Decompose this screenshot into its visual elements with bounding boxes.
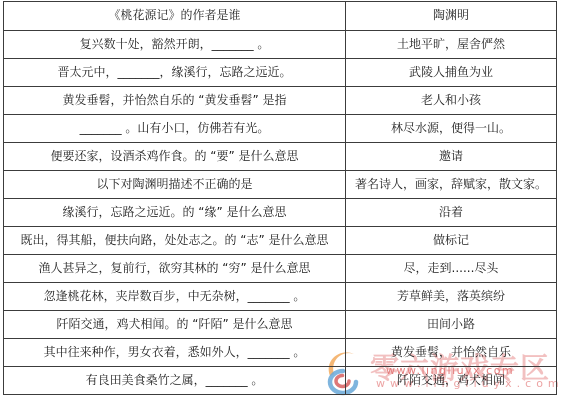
question-cell: 缘溪行，忘路之远近。的 “缘” 是什么意思 [4, 199, 346, 226]
table-row: _______ 。山有小口，仿佛若有光。林尽水源，便得一山。 [4, 114, 556, 142]
question-cell: 《桃花源记》的作者是谁 [4, 2, 346, 30]
answer-cell: 邀请 [346, 143, 556, 170]
table-row: 阡陌交通，鸡犬相闻。的 “阡陌” 是什么意思田间小路 [4, 310, 556, 338]
table-row: 复兴数十处，豁然开朗，_______ 。土地平旷，屋舍俨然 [4, 30, 556, 58]
answer-cell: 田间小路 [346, 311, 556, 338]
table-row: 黄发垂髫，并怡然自乐的 “黄发垂髫” 是指老人和小孩 [4, 86, 556, 114]
answer-cell: 老人和小孩 [346, 87, 556, 114]
answer-cell: 芳草鲜美，落英缤纷 [346, 283, 556, 310]
table-row: 有良田美食桑竹之属，_______ 。阡陌交通，鸡犬相闻 [4, 366, 556, 394]
answer-cell: 陶渊明 [346, 2, 556, 30]
table-row: 忽逢桃花林，夹岸数百步，中无杂树，_______ 。芳草鲜美，落英缤纷 [4, 282, 556, 310]
answer-cell: 做标记 [346, 227, 556, 254]
question-cell: 既出，得其船，便扶向路，处处志之。的 “志” 是什么意思 [4, 227, 346, 254]
question-cell: 渔人甚异之，复前行，欲穷其林的 “穷” 是什么意思 [4, 255, 346, 282]
quiz-table: 《桃花源记》的作者是谁陶渊明复兴数十处，豁然开朗，_______ 。土地平旷，屋… [3, 1, 557, 395]
answer-cell: 尽，走到......尽头 [346, 255, 556, 282]
table-row: 便要还家，设酒杀鸡作食。的 “要” 是什么意思邀请 [4, 142, 556, 170]
question-cell: 忽逢桃花林，夹岸数百步，中无杂树，_______ 。 [4, 283, 346, 310]
question-cell: 晋太元中，_______，缘溪行，忘路之远近。 [4, 59, 346, 86]
quiz-card: 零六游戏专区 www.lingliuyx.com www.lingliuyx.c… [0, 0, 561, 400]
table-row: 其中往来种作，男女衣着，悉如外人，_______ 。黄发垂髫，并怡然自乐 [4, 338, 556, 366]
answer-cell: 林尽水源，便得一山。 [346, 115, 556, 142]
question-cell: 以下对陶渊明描述不正确的是 [4, 171, 346, 198]
answer-cell: 阡陌交通，鸡犬相闻 [346, 367, 556, 394]
question-cell: 复兴数十处，豁然开朗，_______ 。 [4, 31, 346, 58]
table-row: 缘溪行，忘路之远近。的 “缘” 是什么意思沿着 [4, 198, 556, 226]
table-row: 既出，得其船，便扶向路，处处志之。的 “志” 是什么意思做标记 [4, 226, 556, 254]
table-row: 晋太元中，_______，缘溪行，忘路之远近。武陵人捕鱼为业 [4, 58, 556, 86]
answer-cell: 土地平旷，屋舍俨然 [346, 31, 556, 58]
question-cell: 有良田美食桑竹之属，_______ 。 [4, 367, 346, 394]
question-cell: 其中往来种作，男女衣着，悉如外人，_______ 。 [4, 339, 346, 366]
table-row: 《桃花源记》的作者是谁陶渊明 [4, 2, 556, 30]
answer-cell: 黄发垂髫，并怡然自乐 [346, 339, 556, 366]
answer-cell: 武陵人捕鱼为业 [346, 59, 556, 86]
question-cell: 黄发垂髫，并怡然自乐的 “黄发垂髫” 是指 [4, 87, 346, 114]
question-cell: _______ 。山有小口，仿佛若有光。 [4, 115, 346, 142]
answer-cell: 沿着 [346, 199, 556, 226]
question-cell: 阡陌交通，鸡犬相闻。的 “阡陌” 是什么意思 [4, 311, 346, 338]
table-row: 渔人甚异之，复前行，欲穷其林的 “穷” 是什么意思尽，走到......尽头 [4, 254, 556, 282]
answer-cell: 著名诗人，画家，辞赋家，散文家。 [346, 171, 556, 198]
table-row: 以下对陶渊明描述不正确的是著名诗人，画家，辞赋家，散文家。 [4, 170, 556, 198]
question-cell: 便要还家，设酒杀鸡作食。的 “要” 是什么意思 [4, 143, 346, 170]
